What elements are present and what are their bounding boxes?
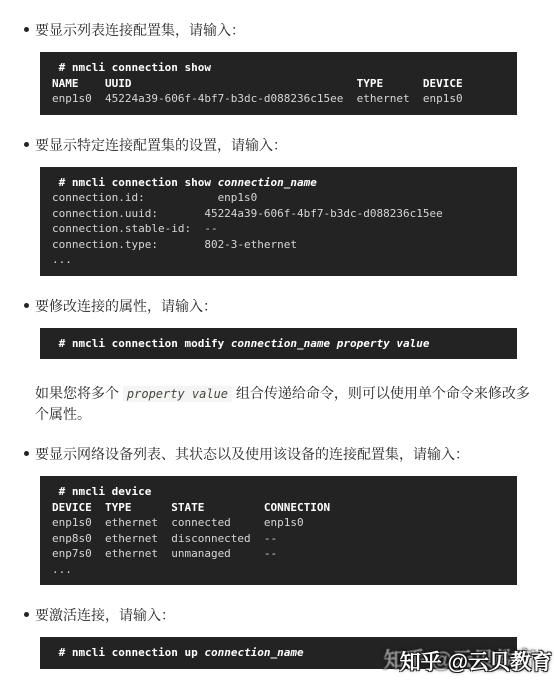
note-paragraph: 如果您将多个 property value 组合传递给命令，则可以使用单个命令来… [35, 383, 533, 424]
code-block: # nmcli connection showNAME UUID TYPE DE… [40, 52, 517, 115]
instruction-label: 要显示特定连接配置集的设置，请输入： [35, 135, 536, 155]
code-line: enp1s0 45224a39-606f-4bf7-b3dc-d088236c1… [52, 91, 505, 107]
code-line: enp1s0 ethernet connected enp1s0 [52, 515, 505, 531]
instruction-label: 要显示列表连接配置集，请输入： [35, 20, 536, 40]
bullet-icon [24, 612, 29, 617]
code-line: # nmcli connection show [52, 60, 505, 76]
bullet-icon [24, 142, 29, 147]
bullet-icon [24, 451, 29, 456]
inline-code: property value [123, 386, 232, 402]
code-line: ... [52, 562, 505, 578]
code-block: # nmcli connection show connection_namec… [40, 167, 517, 276]
instruction-label: 要激活连接，请输入： [35, 605, 536, 625]
list-item: 要修改连接的属性，请输入： # nmcli connection modify … [22, 296, 536, 425]
watermark-handle: @云贝教育 [448, 651, 552, 674]
code-line: DEVICE TYPE STATE CONNECTION [52, 500, 505, 516]
page-container: 要显示列表连接配置集，请输入： # nmcli connection showN… [0, 0, 554, 680]
list-item: 要显示网络设备列表、其状态以及使用该设备的连接配置集，请输入： # nmcli … [22, 444, 536, 585]
code-line: # nmcli device [52, 484, 505, 500]
code-block: # nmcli deviceDEVICE TYPE STATE CONNECTI… [40, 476, 517, 585]
instruction-list: 要显示列表连接配置集，请输入： # nmcli connection showN… [22, 20, 536, 669]
code-line: connection.type: 802-3-ethernet [52, 237, 505, 253]
code-block: # nmcli connection modify connection_nam… [40, 328, 517, 360]
list-item: 要显示列表连接配置集，请输入： # nmcli connection showN… [22, 20, 536, 115]
code-line: connection.id: enp1s0 [52, 190, 505, 206]
instruction-label: 要修改连接的属性，请输入： [35, 296, 536, 316]
code-line: NAME UUID TYPE DEVICE [52, 76, 505, 92]
watermark-main: 知乎 @云贝教育 [400, 651, 552, 674]
code-line: # nmcli connection show connection_name [52, 175, 505, 191]
code-line: connection.uuid: 45224a39-606f-4bf7-b3dc… [52, 206, 505, 222]
code-line: enp8s0 ethernet disconnected -- [52, 531, 505, 547]
watermark: 知乎 @云贝教育 知乎 @云贝教育 [400, 650, 552, 676]
code-line: connection.stable-id: -- [52, 221, 505, 237]
instruction-label: 要显示网络设备列表、其状态以及使用该设备的连接配置集，请输入： [35, 444, 536, 464]
code-line: enp7s0 ethernet unmanaged -- [52, 546, 505, 562]
code-line: ... [52, 252, 505, 268]
bullet-icon [24, 303, 29, 308]
list-item: 要显示特定连接配置集的设置，请输入： # nmcli connection sh… [22, 135, 536, 276]
bullet-icon [24, 27, 29, 32]
zhihu-logo-text: 知乎 [400, 651, 448, 674]
code-line: # nmcli connection modify connection_nam… [52, 336, 505, 352]
